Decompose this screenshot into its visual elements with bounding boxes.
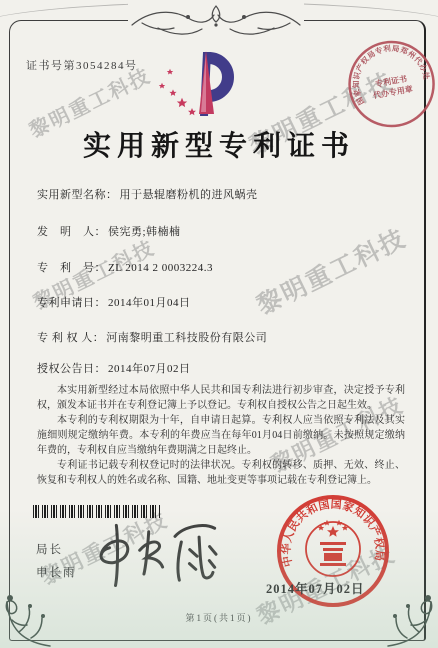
field-label: 专 利 权 人：: [37, 332, 104, 344]
legal-paragraph-3: 专利证书记载专利权登记时的法律状况。专利权的转移、质押、无效、终止、恢复和专利权…: [37, 458, 405, 488]
field-inventors: 发 明 人：侯宪勇;韩楠楠: [37, 223, 181, 239]
field-value: 2014年01月04日: [108, 297, 191, 309]
office-seal: 中华人民共和国国家知识产权局: [272, 490, 394, 617]
field-label: 实用新型名称：: [37, 189, 118, 201]
field-value: ZL 2014 2 0003224.3: [108, 262, 213, 274]
field-label: 授权公告日：: [37, 363, 106, 375]
certificate-number: 证书号第3054284号: [26, 57, 138, 73]
field-patent-number: 专 利 号：ZL 2014 2 0003224.3: [37, 259, 213, 275]
agency-stamp: 国家知识产权局专利局郑州代办处 专利证书 代办专用章: [336, 28, 438, 144]
logo-stars: [159, 69, 196, 115]
field-label: 专 利 号：: [37, 262, 106, 274]
director-signature: [86, 509, 240, 602]
field-label: 专利申请日：: [37, 297, 106, 309]
legal-text-block: 本实用新型经过本局依照中华人民共和国专利法进行初步审查，决定授予专利权，颁发本证…: [37, 383, 405, 488]
seal-date: 2014年07月02日: [266, 579, 426, 597]
field-value: 用于悬辊磨粉机的进风蜗壳: [120, 189, 258, 201]
field-value: 侯宪勇;韩楠楠: [108, 226, 181, 238]
field-filing-date: 专利申请日：2014年01月04日: [37, 294, 191, 310]
legal-paragraph-2: 本专利的专利权期限为十年，自申请日起算。专利权人应当依照专利法及其实施细则规定缴…: [37, 413, 405, 458]
legal-paragraph-1: 本实用新型经过本局依照中华人民共和国专利法进行初步审查，决定授予专利权，颁发本证…: [37, 383, 405, 413]
cnipa-logo-icon: [153, 50, 253, 125]
logo-p-bowl: [209, 58, 228, 96]
agency-stamp-icon: 国家知识产权局专利局郑州代办处 专利证书 代办专用章: [336, 28, 438, 139]
field-patentee: 专 利 权 人：河南黎明重工科技股份有限公司: [37, 329, 267, 345]
patent-certificate-scan: 黎明重工科技 黎明重工科技 黎明重工科技 黎明重工科技 黎明重工科技 黎明重工科…: [0, 0, 438, 648]
director-name: 申长雨: [36, 564, 77, 580]
field-label: 发 明 人：: [37, 226, 106, 238]
field-value: 河南黎明重工科技股份有限公司: [106, 332, 267, 344]
national-emblem-icon: [306, 520, 360, 576]
top-flourish-icon: [128, 1, 304, 43]
field-value: 2014年07月02日: [108, 363, 191, 375]
director-title: 局长: [36, 541, 63, 557]
top-ornament: [128, 1, 304, 43]
signature-icon: [86, 509, 240, 597]
field-utility-model-name: 实用新型名称：用于悬辊磨粉机的进风蜗壳: [37, 186, 258, 202]
field-grant-date: 授权公告日：2014年07月02日: [37, 360, 191, 376]
cnipa-logo: [153, 50, 253, 130]
